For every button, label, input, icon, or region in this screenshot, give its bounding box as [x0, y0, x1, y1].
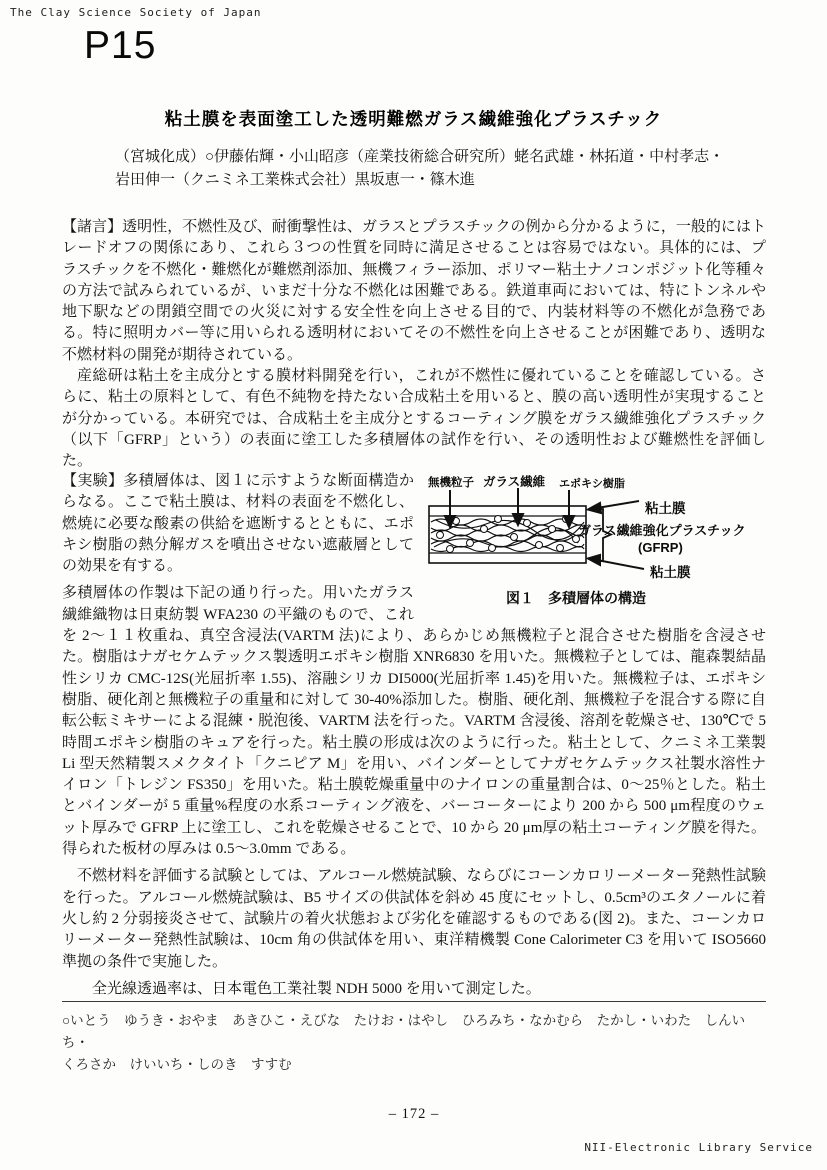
clay-top-arrow: [588, 501, 639, 513]
figure1-diagram: 無機粒子 ガラス繊維 エポキシ樹脂 粘土膜 ガラス繊維強化プラスチック (GFR…: [426, 471, 766, 621]
paper-number: P15: [84, 24, 156, 68]
introduction-paragraph-1: 【諸言】透明性，不燃性及び、耐衝撃性は、ガラスとプラスチックの例から分かるように…: [62, 217, 766, 366]
experiment-paragraph-2: 多積層体の作製は下記の通り行った。用いたガラス繊維織物は日東紡製 WFA230 …: [62, 583, 766, 860]
authors-line-2: 岩田伸一（クニミネ工業株式会社）黒坂恵一・篠木進: [115, 169, 735, 192]
experiment-section: 無機粒子 ガラス繊維 エポキシ樹脂 粘土膜 ガラス繊維強化プラスチック (GFR…: [62, 471, 766, 1006]
footnote-line-1: ○いとう ゆうき・おやま あきひこ・えびな たけお・はやし ひろみち・なかむら …: [62, 1010, 766, 1054]
authors-block: （宮城化成）○伊藤佑輝・小山昭彦（産業技術総合研究所）蛯名武雄・林拓道・中村孝志…: [115, 146, 735, 192]
authors-line-1: （宮城化成）○伊藤佑輝・小山昭彦（産業技術総合研究所）蛯名武雄・林拓道・中村孝志…: [115, 146, 735, 169]
footnote-block: ○いとう ゆうき・おやま あきひこ・えびな たけお・はやし ひろみち・なかむら …: [62, 1010, 766, 1076]
introduction-section: 【諸言】透明性，不燃性及び、耐衝撃性は、ガラスとプラスチックの例から分かるように…: [62, 217, 766, 473]
society-header: The Clay Science Society of Japan: [10, 6, 262, 19]
gfrp-label-line1: ガラス繊維強化プラスチック: [578, 520, 746, 539]
experiment-paragraph-4: 全光線透過率は、日本電色工業社製 NDH 5000 を用いて測定した。: [62, 979, 766, 1000]
page-number: – 172 –: [62, 1106, 766, 1123]
glass-fiber-label: ガラス繊維: [483, 472, 545, 490]
paper-title: 粘土膜を表面塗工した透明難燃ガラス繊維強化プラスチック: [62, 106, 765, 131]
scanned-paper-page: The Clay Science Society of Japan P15 粘土…: [0, 0, 827, 1170]
footnote-line-2: くろさか けいいち・しのき すすむ: [62, 1054, 766, 1076]
epoxy-resin-label: エポキシ樹脂: [559, 475, 625, 491]
clay-bottom-arrow: [588, 555, 644, 569]
gfrp-label-line2: (GFRP): [638, 540, 683, 555]
introduction-paragraph-2: 産総研は粘土を主成分とする膜材料開発を行い，これが不燃性に優れていることを確認し…: [62, 366, 766, 472]
clay-film-top-label: 粘土膜: [645, 497, 686, 517]
library-service-note: NII-Electronic Library Service: [584, 1141, 813, 1154]
experiment-paragraph-3: 不燃材料を評価する試験としては、アルコール燃焼試験、ならびにコーンカロリーメータ…: [62, 866, 766, 972]
figure1-caption: 図１ 多積層体の構造: [466, 588, 686, 608]
inorganic-particle-label: 無機粒子: [428, 474, 474, 490]
clay-film-bottom-label: 粘土膜: [650, 561, 691, 581]
footnote-separator: [62, 1001, 766, 1002]
